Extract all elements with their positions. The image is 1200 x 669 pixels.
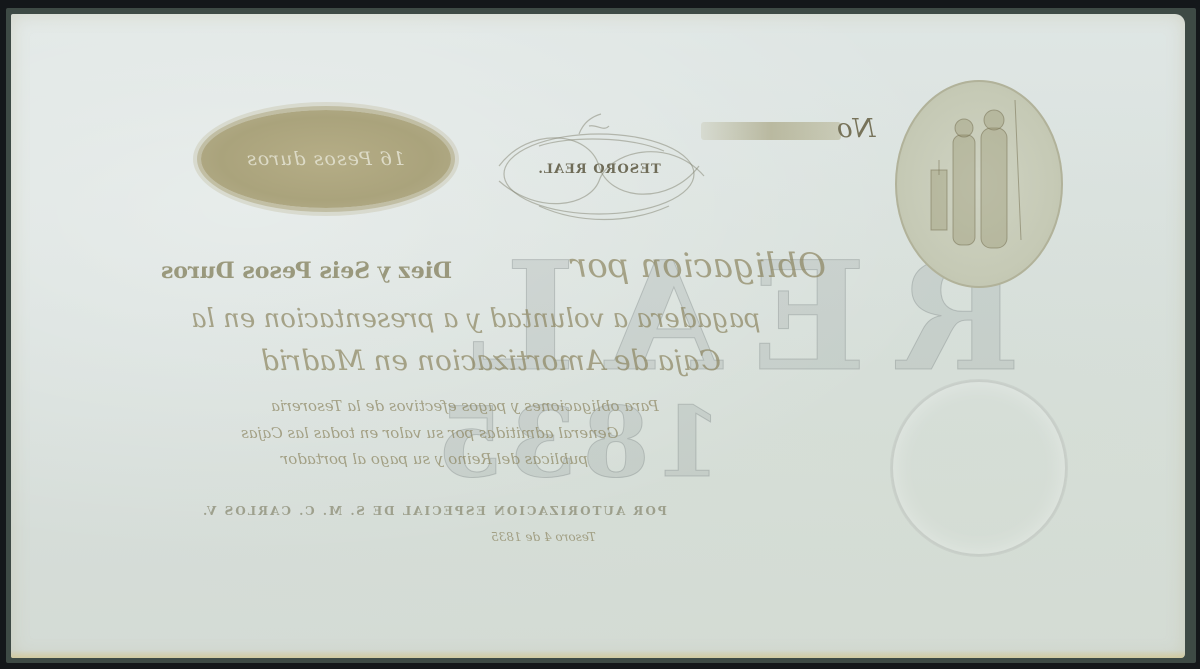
authorization-line: POR AUTORIZACION ESPECIAL DE S. M. C. CA… — [201, 504, 667, 518]
allegory-vignette — [895, 80, 1063, 288]
amount-gothic-text: Diez y Seis Pesos Duros — [161, 258, 452, 284]
banknote-paper: REAL 1835 16 Pesos duros TESORO REAL. No — [11, 14, 1185, 658]
denomination-oval: 16 Pesos duros — [201, 110, 451, 208]
serial-number-band — [701, 122, 841, 140]
authorization-sub: Tesoro 4 de 1835 — [491, 530, 596, 544]
body-script-line-5: General admitidas por su valor en todas … — [241, 424, 619, 442]
body-script-line-6: publicas del Reino y su pago al portador — [281, 450, 588, 468]
denomination-label: 16 Pesos duros — [246, 148, 405, 170]
serial-prefix: No — [837, 114, 875, 144]
allegorical-figures-icon — [895, 80, 1063, 288]
body-script-line-3: Caja de Amortizacion en Madrid — [261, 344, 721, 377]
dry-seal — [891, 380, 1067, 556]
issuer-label: TESORO REAL. — [499, 162, 699, 177]
body-script-line-1: Obligacion por — [571, 246, 826, 286]
body-script-line-2: pagadera a voluntad y a presentacion en … — [191, 304, 761, 334]
body-script-line-4: Para obligaciones y pagos efectivos de l… — [271, 397, 659, 415]
